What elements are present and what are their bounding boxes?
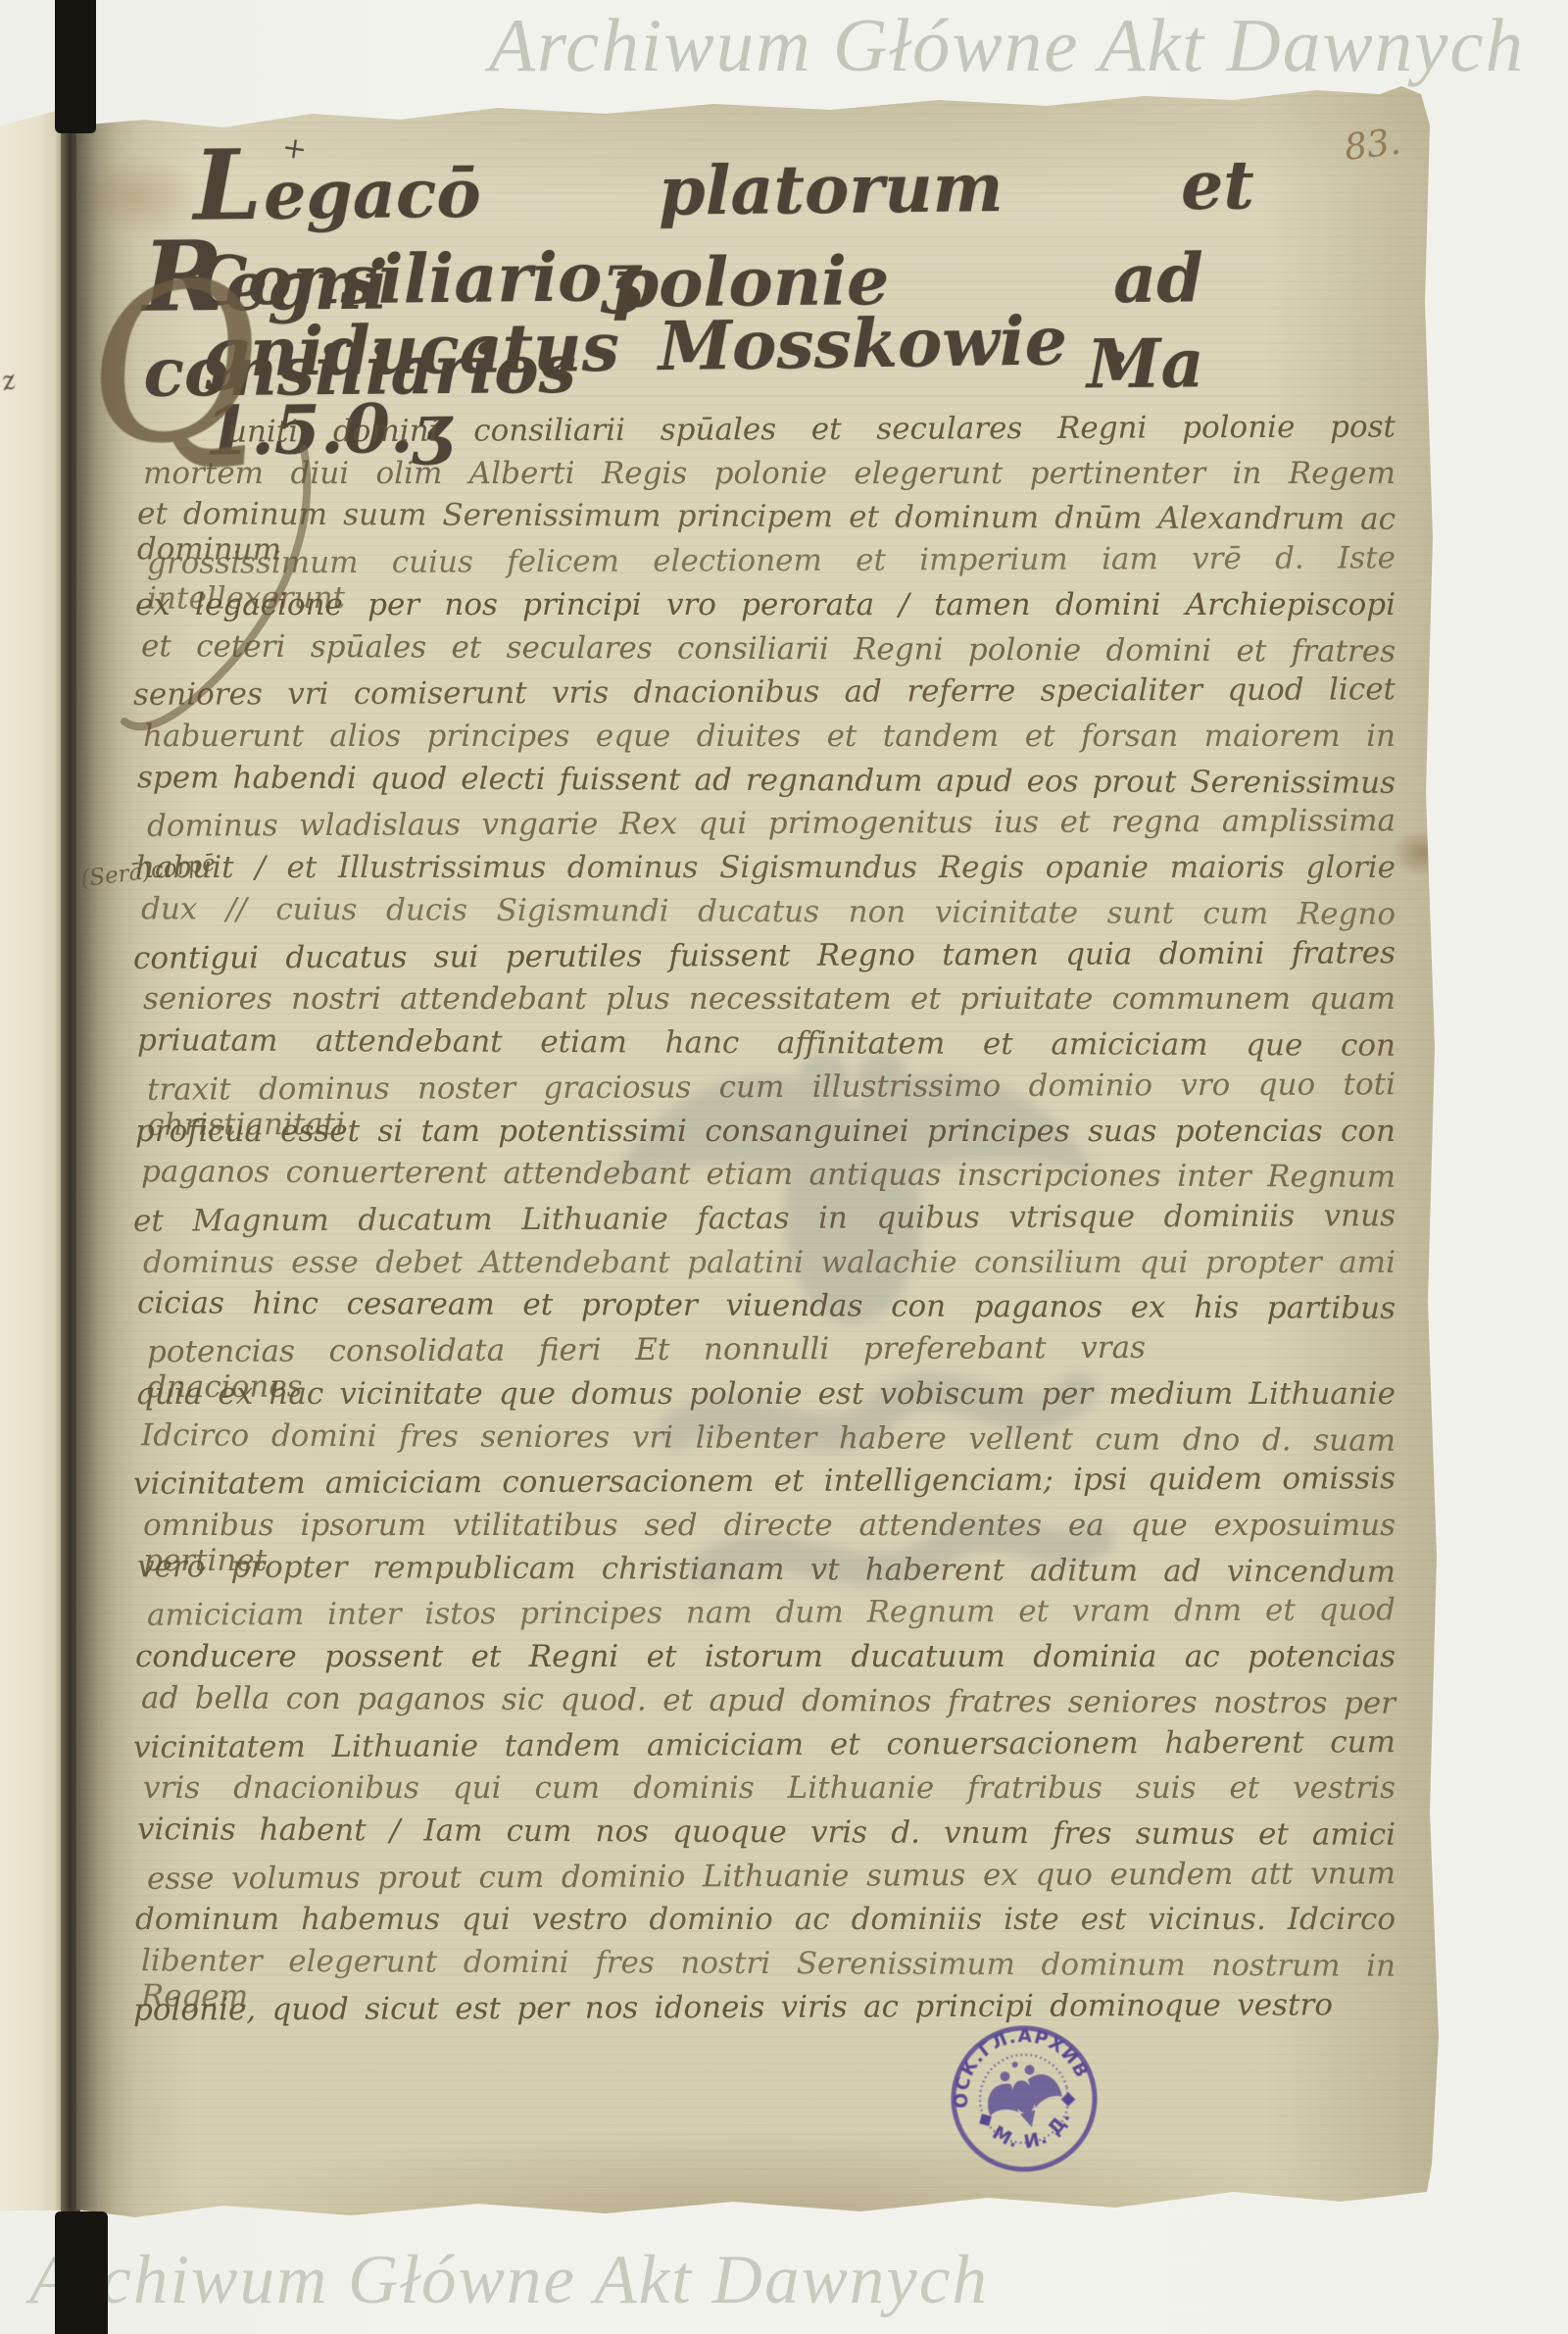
manuscript-line: vero propter rempublicam christianam vt … — [137, 1549, 1396, 1598]
manuscript-line: paganos conuerterent attendebant etiam a… — [141, 1154, 1396, 1203]
manuscript-line: vicinitatem amiciciam conuersacionem et … — [133, 1461, 1396, 1510]
manuscript-line: conducere possent et Regni et istorum du… — [135, 1639, 1396, 1682]
manuscript-line: habuerunt alios principes eque diuites e… — [143, 719, 1396, 762]
manuscript-line: et Magnum ducatum Lithuanie factas in qu… — [133, 1198, 1396, 1247]
manuscript-line: potencias consolidata fieri Et nonnulli … — [147, 1330, 1146, 1377]
manuscript-line: polonie, quod sicut est per nos idoneis … — [133, 1987, 1333, 2035]
archive-watermark-bottom: Archiwum Główne Akt Dawnych — [29, 2241, 989, 2320]
manuscript-line: contigui ducatus sui perutiles fuissent … — [133, 935, 1396, 984]
manuscript-line: vicinitatem Lithuanie tandem amiciciam e… — [133, 1724, 1396, 1773]
manuscript-line: seniores vri comiserunt vris dnacionibus… — [133, 672, 1396, 721]
archival-scan: Archiwum Główne Akt Dawnych Archiwum Głó… — [0, 0, 1568, 2334]
manuscript-line: ex legacione per nos principi vro perora… — [135, 587, 1396, 630]
manuscript-line: amiciciam inter istos principes nam dum … — [147, 1593, 1396, 1642]
manuscript-line: vicinis habent / Iam cum nos quoque vris… — [137, 1812, 1396, 1861]
manuscript-line: uniti domini consiliarii spūales et secu… — [227, 409, 1396, 457]
manuscript-line: priuatam attendebant etiam hanc affinita… — [137, 1022, 1396, 1071]
manuscript-line: dominus esse debet Attendebant palatini … — [143, 1245, 1396, 1288]
manuscript-line: grossissimum cuius felicem electionem et… — [147, 540, 1396, 589]
manuscript-line: traxit dominus noster graciosus cum illu… — [147, 1067, 1396, 1116]
archive-stamp: МОСК.ГЛ.АРХИВЪ ◆ М. И. Д. ◆ — [931, 2006, 1117, 2192]
manuscript-line: dominum habemus qui vestro dominio ac do… — [135, 1902, 1396, 1945]
manuscript-line: dux // cuius ducis Sigismundi ducatus no… — [141, 891, 1396, 940]
manuscript-line: seniores nostri attendebant plus necessi… — [143, 981, 1396, 1024]
manuscript-line: habuit / et Illustrissimus dominus Sigis… — [135, 850, 1396, 893]
manuscript-line: Idcirco domini fres seniores vri libente… — [141, 1417, 1396, 1466]
manuscript-line: ad bella con paganos sic quod. et apud d… — [141, 1680, 1396, 1729]
manuscript-line: vris dnacionibus qui cum dominis Lithuan… — [143, 1770, 1396, 1813]
manuscript-line: esse volumus prout cum dominio Lithuanie… — [147, 1856, 1396, 1905]
manuscript-line: spem habendi quod electi fuissent ad reg… — [137, 760, 1396, 809]
manuscript-line: proficua esset si tam potentissimi consa… — [135, 1114, 1396, 1157]
manuscript-line: et dominum suum Serenissimum principem e… — [137, 497, 1396, 546]
manuscript-line: dominus wladislaus vngarie Rex qui primo… — [147, 804, 1396, 853]
manuscript-line: et ceteri spūales et seculares consiliar… — [141, 628, 1396, 677]
binding-tape-top — [55, 0, 96, 133]
manuscript-line: cicias hinc cesaream et propter viuendas… — [137, 1286, 1396, 1335]
binding-tape-bottom — [55, 2211, 108, 2334]
manuscript-line: libenter elegerunt domini fres nostri Se… — [141, 1943, 1396, 1992]
manuscript-body: uniti domini consiliarii spūales et secu… — [0, 0, 1568, 2334]
archive-watermark-top: Archiwum Główne Akt Dawnych — [489, 2, 1525, 89]
facing-page-edge — [0, 108, 69, 2210]
manuscript-line: quia ex hac vicinitate que domus polonie… — [135, 1376, 1396, 1419]
manuscript-line: omnibus ipsorum vtilitatibus sed directe… — [143, 1508, 1396, 1551]
manuscript-line: mortem diui olim Alberti Regis polonie e… — [143, 456, 1396, 499]
manuscript-page: 83. + Legacō platorum et Consiliarioʒ Re… — [76, 86, 1441, 2223]
